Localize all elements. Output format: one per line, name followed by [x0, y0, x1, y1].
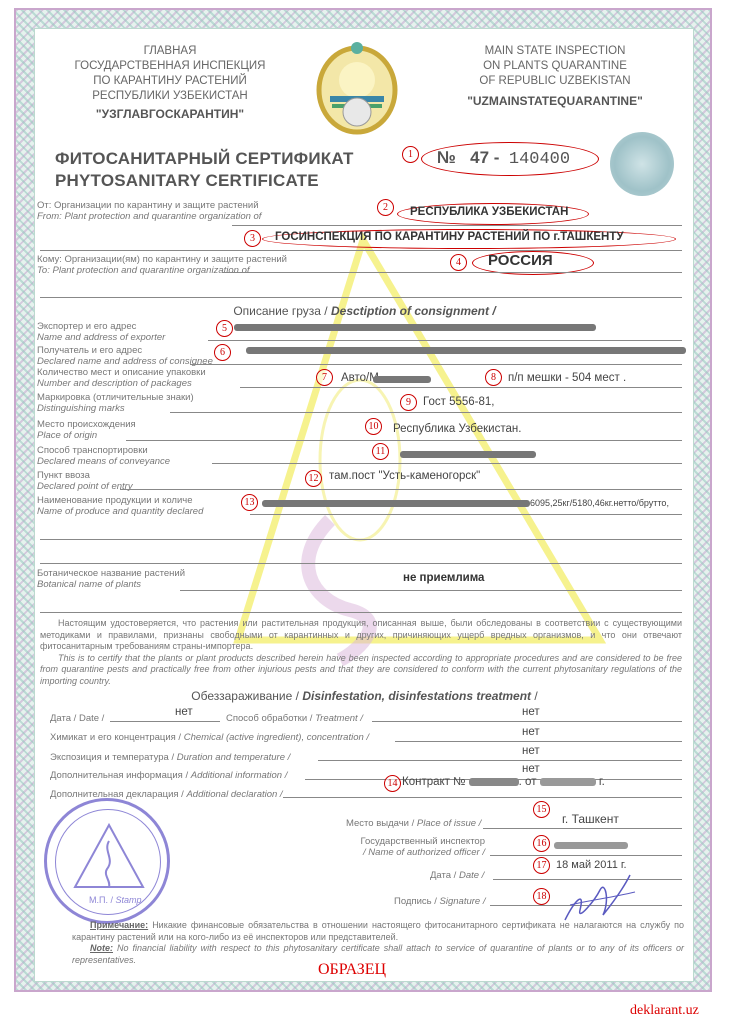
duration-line	[318, 760, 682, 761]
annotation-marker: 17	[533, 857, 550, 874]
consignment-title-en: Desctiption of consignment /	[331, 304, 496, 318]
header-ru-line: ГЛАВНАЯ	[60, 44, 280, 59]
exporter-value-redacted	[234, 324, 596, 331]
produce-line-2	[40, 539, 682, 540]
contract-prefix: Контракт №	[402, 776, 465, 788]
consignee-line	[190, 364, 682, 365]
to-line	[222, 272, 682, 273]
to-value: РОССИЯ	[488, 252, 553, 269]
annotation-marker: 16	[533, 835, 550, 852]
chemical-label-ru: Химикат и его концентрация /	[50, 732, 181, 743]
signature-label: Подпись / Signature /	[394, 896, 485, 907]
annotation-marker: 11	[372, 443, 389, 460]
state-emblem-icon	[314, 40, 400, 136]
signature-label-en: Signature /	[440, 896, 486, 907]
note-head-ru: Примечание:	[90, 920, 148, 930]
certification-en: This is to certify that the plants or pl…	[40, 653, 682, 688]
place-of-issue-line	[483, 828, 682, 829]
from-label-ru: От: Организации по карантину и защите ра…	[37, 200, 261, 211]
contract-mid: . от	[519, 776, 537, 788]
origin-line	[126, 440, 682, 441]
produce-value-redacted	[262, 500, 530, 507]
header-en-line: OF REPUBLIC UZBEKISTAN	[460, 74, 650, 89]
note-head-en: Note:	[90, 943, 113, 953]
duration-label-en: Duration and temperature /	[177, 752, 291, 763]
note-ru: Никакие финансовые обязательства в отнош…	[72, 920, 684, 942]
document-title: ФИТОСАНИТАРНЫЙ СЕРТИФИКАТ PHYTOSANITARY …	[55, 148, 354, 192]
botanical-line-2	[40, 612, 682, 613]
consignment-title-ru: Описание груза /	[233, 304, 327, 318]
annotation-marker: 6	[214, 344, 231, 361]
certification-text: Настоящим удостоверяется, что растения и…	[40, 618, 682, 687]
origin-label: Место происхождения Place of origin	[37, 419, 136, 441]
additional-declaration-line	[283, 797, 682, 798]
additional-declaration-label-en: Additional declaration /	[186, 789, 282, 800]
consignee-label-en: Declared name and address of consignee	[37, 356, 213, 367]
chemical-label: Химикат и его концентрация / Chemical (a…	[50, 732, 369, 743]
issue-date-label: Дата / Date /	[430, 870, 484, 881]
consignee-label: Получатель и его адрес Declared name and…	[37, 345, 213, 367]
treatment-method-line	[372, 721, 682, 722]
title-en: PHYTOSANITARY CERTIFICATE	[55, 170, 354, 192]
officer-label-ru: Государственный инспектор	[355, 836, 485, 847]
packages-line	[240, 387, 682, 388]
duration-label-ru: Экспозиция и температура /	[50, 752, 174, 763]
annotation-marker: 3	[244, 230, 261, 247]
from-line-2	[40, 250, 682, 251]
officer-label-en: / Name of authorized officer /	[355, 847, 485, 858]
chemical-line	[395, 741, 682, 742]
packages-count-value: п/п мешки - 504 мест .	[508, 372, 626, 384]
treatment-date-value: нет	[175, 706, 193, 718]
from-value-country: РЕСПУБЛИКА УЗБЕКИСТАН	[410, 206, 568, 218]
conveyance-line	[212, 463, 682, 464]
from-label: От: Организации по карантину и защите ра…	[37, 200, 261, 222]
treatment-method-label-ru: Способ обработки /	[226, 713, 312, 724]
contract-value: Контракт № . от г.	[402, 776, 605, 788]
site-watermark: deklarant.uz	[630, 1003, 699, 1019]
treatment-method-value: нет	[522, 706, 540, 718]
botanical-value: не приемлима	[403, 572, 484, 584]
official-stamp-icon: М.П. / Stamp	[44, 798, 170, 924]
stamp-label-en: Stamp	[115, 895, 141, 905]
exporter-label: Экспортер и его адрес Name and address o…	[37, 321, 165, 343]
header-en-org: "UZMAINSTATEQUARANTINE"	[467, 94, 643, 108]
produce-label-ru: Наименование продукции и количе	[37, 495, 203, 506]
stamp-label: М.П. / Stamp	[89, 895, 142, 905]
stamp-label-ru: М.П. /	[89, 895, 113, 905]
number-series: 47 -	[470, 148, 499, 167]
treatment-date-line	[110, 721, 220, 722]
number-prefix: №	[437, 148, 456, 167]
botanical-line	[180, 590, 682, 591]
packages-vehicle-redacted	[373, 376, 431, 383]
conveyance-value-redacted	[400, 451, 536, 458]
produce-label: Наименование продукции и количе Name of …	[37, 495, 203, 517]
annotation-marker: 7	[316, 369, 333, 386]
place-of-issue-label-en: Place of issue /	[417, 818, 481, 829]
certification-ru: Настоящим удостоверяется, что растения и…	[40, 618, 682, 653]
header-en: MAIN STATE INSPECTION ON PLANTS QUARANTI…	[460, 44, 650, 110]
signature-label-ru: Подпись /	[394, 896, 437, 907]
conveyance-label-ru: Способ транспортировки	[37, 445, 170, 456]
note-text: Примечание: Никакие финансовые обязатель…	[72, 920, 684, 966]
from-label-en: From: Plant protection and quarantine or…	[37, 211, 261, 222]
annotation-marker: 1	[402, 146, 419, 163]
header-en-line: ON PLANTS QUARANTINE	[460, 59, 650, 74]
consignee-value-redacted	[246, 347, 686, 354]
botanical-label-ru: Ботаническое название растений	[37, 568, 185, 579]
entry-point-label: Пункт ввоза Declared point of entry	[37, 470, 133, 492]
issue-date-label-en: Date /	[459, 870, 484, 881]
consignment-section-title: Описание груза / Desctiption of consignm…	[0, 304, 729, 318]
issue-date-label-ru: Дата /	[430, 870, 456, 881]
additional-info-label-ru: Дополнительная информация /	[50, 770, 188, 781]
exporter-line	[208, 340, 682, 341]
disinfestation-title-en: Disinfestation, disinfestations treatmen…	[302, 689, 531, 703]
additional-info-label-en: Additional information /	[191, 770, 288, 781]
exporter-label-ru: Экспортер и его адрес	[37, 321, 165, 332]
title-ru: ФИТОСАНИТАРНЫЙ СЕРТИФИКАТ	[55, 148, 354, 170]
from-value-org: ГОСИНСПЕКЦИЯ ПО КАРАНТИНУ РАСТЕНИЙ ПО г.…	[275, 231, 624, 243]
to-line-2	[40, 297, 682, 298]
packages-label: Количество мест и описание упаковки Numb…	[37, 367, 206, 389]
treatment-date-label: Дата / Date /	[50, 713, 104, 724]
officer-name-redacted	[554, 842, 628, 849]
header-ru: ГЛАВНАЯ ГОСУДАРСТВЕННАЯ ИНСПЕКЦИЯ ПО КАР…	[60, 44, 280, 123]
number-value: 140400	[509, 150, 570, 169]
hologram-seal-icon	[610, 132, 674, 196]
produce-line-3	[40, 563, 682, 564]
entry-point-label-en: Declared point of entry	[37, 481, 133, 492]
produce-label-en: Name of produce and quantity declared	[37, 506, 203, 517]
annotation-marker: 8	[485, 369, 502, 386]
header-ru-line: РЕСПУБЛИКИ УЗБЕКИСТАН	[60, 89, 280, 104]
place-of-issue-label: Место выдачи / Place of issue /	[346, 818, 481, 829]
place-of-issue-value: г. Ташкент	[562, 812, 619, 826]
conveyance-label-en: Declared means of conveyance	[37, 456, 170, 467]
exporter-label-en: Name and address of exporter	[37, 332, 165, 343]
chemical-label-en: Chemical (active ingredient), concentrat…	[184, 732, 369, 743]
consignee-label-ru: Получатель и его адрес	[37, 345, 213, 356]
sample-watermark: ОБРАЗЕЦ	[318, 961, 386, 979]
treatment-method-label-en: Treatment /	[315, 713, 363, 724]
entry-point-label-ru: Пункт ввоза	[37, 470, 133, 481]
annotation-marker: 5	[216, 320, 233, 337]
treatment-method-label: Способ обработки / Treatment /	[226, 713, 363, 724]
disinfestation-section-title: Обеззараживание / Disinfestation, disinf…	[0, 689, 729, 703]
annotation-marker: 4	[450, 254, 467, 271]
annotation-marker: 10	[365, 418, 382, 435]
marks-label: Маркировка (отличительные знаки) Disting…	[37, 392, 194, 414]
annotation-marker: 13	[241, 494, 258, 511]
produce-quantity-value: 6095,25кг/5180,46кг.нетто/брутто,	[530, 498, 669, 508]
place-of-issue-label-ru: Место выдачи /	[346, 818, 414, 829]
annotation-marker: 9	[400, 394, 417, 411]
annotation-marker: 14	[384, 775, 401, 792]
header-en-line: MAIN STATE INSPECTION	[460, 44, 650, 59]
contract-date-redacted	[540, 778, 596, 786]
annotation-marker: 15	[533, 801, 550, 818]
header-ru-line: ПО КАРАНТИНУ РАСТЕНИЙ	[60, 74, 280, 89]
packages-label-ru: Количество мест и описание упаковки	[37, 367, 206, 378]
marks-value: Гост 5556-81,	[423, 396, 494, 408]
botanical-label-en: Botanical name of plants	[37, 579, 185, 590]
marks-label-ru: Маркировка (отличительные знаки)	[37, 392, 194, 403]
additional-info-label: Дополнительная информация / Additional i…	[50, 770, 287, 781]
certificate-number: № 47 - 140400	[437, 148, 570, 169]
officer-label: Государственный инспектор / Name of auth…	[355, 836, 485, 858]
additional-declaration-label: Дополнительная декларация / Additional d…	[50, 789, 283, 800]
additional-info-value: нет	[522, 763, 540, 775]
to-label-en: To: Plant protection and quarantine orga…	[37, 265, 287, 276]
produce-line	[250, 514, 682, 515]
packages-label-en: Number and description of packages	[37, 378, 206, 389]
to-label-ru: Кому: Организации(ям) по карантину и защ…	[37, 254, 287, 265]
chemical-value: нет	[522, 726, 540, 738]
origin-label-en: Place of origin	[37, 430, 136, 441]
contract-suffix: г.	[599, 776, 605, 788]
officer-line	[490, 855, 682, 856]
annotation-marker: 12	[305, 470, 322, 487]
from-line	[232, 225, 682, 226]
contract-number-redacted	[469, 778, 519, 786]
marks-line	[170, 412, 682, 413]
header-ru-org: "УЗГЛАВГОСКАРАНТИН"	[96, 107, 244, 121]
conveyance-label: Способ транспортировки Declared means of…	[37, 445, 170, 467]
origin-label-ru: Место происхождения	[37, 419, 136, 430]
origin-value: Республика Узбекистан.	[393, 423, 521, 435]
duration-label: Экспозиция и температура / Duration and …	[50, 752, 290, 763]
botanical-label: Ботаническое название растений Botanical…	[37, 568, 185, 590]
entry-point-value: там.пост "Усть-каменогорск"	[329, 470, 480, 482]
annotation-marker: 18	[533, 888, 550, 905]
duration-value: нет	[522, 745, 540, 757]
annotation-marker: 2	[377, 199, 394, 216]
header-ru-line: ГОСУДАРСТВЕННАЯ ИНСПЕКЦИЯ	[60, 59, 280, 74]
disinfestation-title-ru: Обеззараживание /	[191, 689, 299, 703]
entry-point-line	[120, 489, 682, 490]
